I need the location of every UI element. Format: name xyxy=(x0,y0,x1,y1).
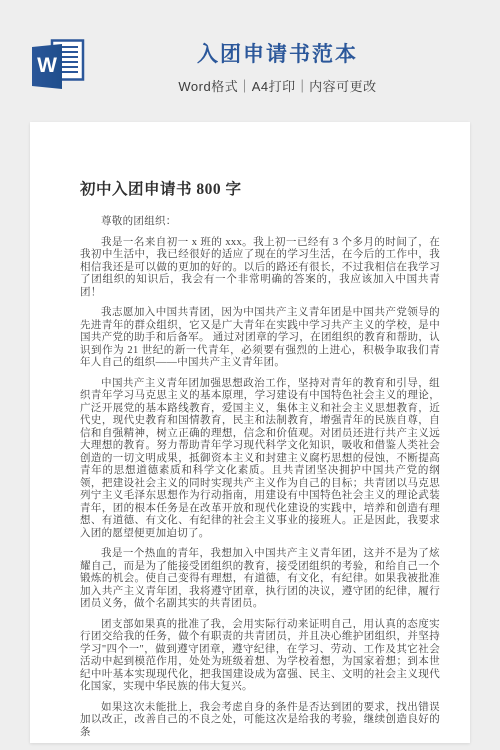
document-paragraph: 我是一个热血的青年，我想加入中国共产主义青年团，这并不是为了炫耀自己，而是为了能… xyxy=(80,548,440,611)
document-paragraph: 我是一名来自初一 x 班的 xxx。我上初一已经有 3 个多月的时间了，在我初中… xyxy=(80,237,440,300)
document-page: 初中入团申请书 800 字 尊敬的团组织： 我是一名来自初一 x 班的 xxx。… xyxy=(30,122,470,743)
page-title: 入团申请书范本 xyxy=(55,42,500,68)
document-paragraph: 中国共产主义青年团加强思想政治工作，坚持对青年的教育和引导，组织青年学习马克思主… xyxy=(80,378,440,541)
document-paragraph: 如果这次未能批上，我会考虑自身的条件是否达到团的要求，找出错误加以改正，改善自己… xyxy=(80,702,440,740)
document-greeting: 尊敬的团组织： xyxy=(80,216,440,229)
header-text-block: 入团申请书范本 Word格式｜A4打印｜内容可更改 xyxy=(55,0,500,95)
document-paragraph: 我志愿加入中国共青团，因为中国共产主义青年团是中国共产党领导的先进青年的群众组织… xyxy=(80,307,440,370)
preview-header: W 入团申请书范本 Word格式｜A4打印｜内容可更改 xyxy=(0,0,500,122)
page-subtitle: Word格式｜A4打印｜内容可更改 xyxy=(55,76,500,95)
document-body: 我是一名来自初一 x 班的 xxx。我上初一已经有 3 个多月的时间了，在我初中… xyxy=(80,237,440,740)
document-paragraph: 团支部如果真的批准了我，会用实际行动来证明自己，用认真的态度实行团交给我的任务，… xyxy=(80,619,440,694)
document-title: 初中入团申请书 800 字 xyxy=(80,177,440,199)
document-preview-screen: W 入团申请书范本 Word格式｜A4打印｜内容可更改 初中入团申请书 800 … xyxy=(0,0,500,750)
